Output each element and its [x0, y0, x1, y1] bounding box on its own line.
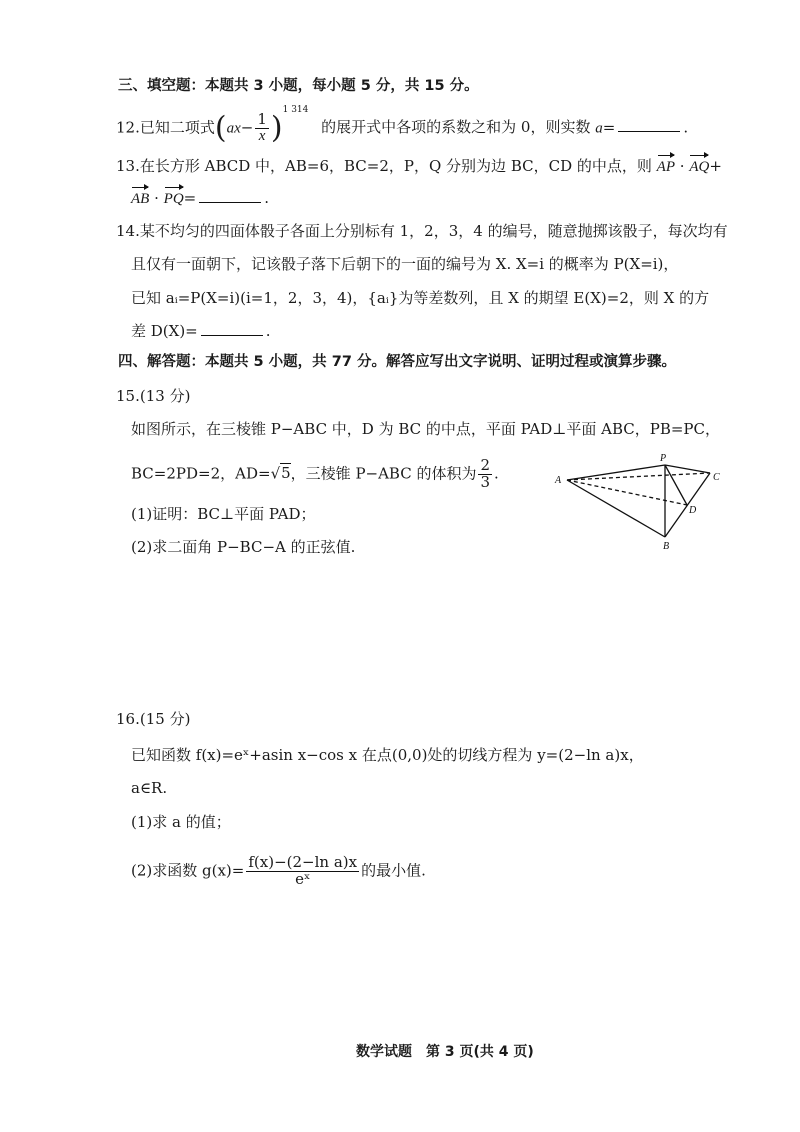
question-16-part1: (1)求 a 的值；	[131, 812, 231, 832]
answer-blank[interactable]	[618, 117, 680, 132]
question-score: (15 分)	[140, 710, 191, 728]
equals: =	[184, 189, 197, 207]
question-14-line4: 差 D(X)=.	[131, 321, 271, 341]
variable: a	[595, 120, 603, 136]
question-16-header: 16.(15 分)	[116, 709, 190, 729]
vector-ab: AB	[131, 189, 149, 209]
fraction: 1x	[255, 112, 269, 145]
question-16-part2: (2)求函数 g(x)=f(x)−(2−ln a)xeˣ的最小值.	[131, 855, 426, 888]
denominator: x	[257, 129, 268, 145]
sqrt-value: 5	[280, 463, 291, 482]
dot-operator: ·	[680, 157, 685, 175]
label-d: D	[688, 505, 697, 516]
page-footer: 数学试题 第 3 页(共 4 页)	[356, 1042, 534, 1062]
question-text: 已知二项式	[140, 118, 215, 136]
label-p: P	[659, 453, 666, 464]
question-text: (2)求函数 g(x)=	[131, 861, 244, 879]
section-3-heading: 三、填空题：本题共 3 小题，每小题 5 分，共 15 分。	[118, 76, 479, 96]
expr-term: ax	[227, 120, 241, 136]
question-number: 12.	[116, 118, 140, 136]
vector-aq: AQ	[689, 157, 709, 177]
pyramid-figure: P A C D B	[550, 450, 730, 555]
question-text: 某不均匀的四面体骰子各面上分别标有 1，2，3，4 的编号，随意抛掷该骰子，每次…	[140, 222, 728, 240]
vector-pq: PQ	[164, 189, 184, 209]
question-15-part2: (2)求二面角 P−BC−A 的正弦值.	[131, 537, 355, 557]
denominator: 3	[478, 475, 492, 491]
vector-ap: AP	[657, 157, 675, 177]
question-15-header: 15.(13 分)	[116, 386, 190, 406]
question-12: 12.已知二项式(ax−1x)1 314 的展开式中各项的系数之和为 0，则实数…	[116, 112, 688, 145]
question-15-part1: (1)证明：BC⊥平面 PAD；	[131, 504, 315, 524]
question-14-line2: 且仅有一面朝下，记该骰子落下后朝下的一面的编号为 X. X=i 的概率为 P(X…	[131, 254, 678, 274]
period: .	[266, 322, 271, 340]
question-text: 的最小值.	[361, 861, 426, 879]
g-fraction: f(x)−(2−ln a)xeˣ	[246, 855, 359, 888]
answer-blank[interactable]	[201, 321, 263, 336]
question-text: ，三棱锥 P−ABC 的体积为	[291, 464, 477, 482]
label-c: C	[713, 472, 720, 483]
question-number: 16.	[116, 710, 140, 728]
volume-fraction: 23	[478, 458, 492, 491]
equals: =	[603, 118, 616, 136]
question-text: 在长方形 ABCD 中，AB=6，BC=2，P，Q 分别为边 BC，CD 的中点…	[140, 157, 652, 175]
question-15-line1: 如图所示，在三棱锥 P−ABC 中，D 为 BC 的中点，平面 PAD⊥平面 A…	[131, 419, 720, 439]
question-number: 13.	[116, 157, 140, 175]
denominator: eˣ	[293, 872, 312, 888]
section-4-heading: 四、解答题：本题共 5 小题，共 77 分。解答应写出文字说明、证明过程或演算步…	[118, 352, 676, 372]
period: .	[264, 189, 269, 207]
label-b: B	[663, 541, 669, 552]
minus-sign: −	[241, 118, 254, 136]
question-score: (13 分)	[140, 387, 191, 405]
question-15-line2: BC=2PD=2，AD=√5，三棱锥 P−ABC 的体积为23.	[131, 458, 499, 491]
question-text: 差 D(X)=	[131, 322, 198, 340]
question-13-line1: 13.在长方形 ABCD 中，AB=6，BC=2，P，Q 分别为边 BC，CD …	[116, 156, 722, 177]
period: .	[683, 118, 688, 136]
dot-operator: ·	[154, 189, 159, 207]
question-13-line2: AB · PQ=.	[131, 188, 269, 209]
label-a: A	[554, 475, 562, 486]
question-number: 15.	[116, 387, 140, 405]
question-14-line1: 14.某不均匀的四面体骰子各面上分别标有 1，2，3，4 的编号，随意抛掷该骰子…	[116, 221, 728, 241]
numerator: 1	[255, 112, 269, 129]
plus-sign: +	[709, 157, 722, 175]
question-16-line1: 已知函数 f(x)=eˣ+asin x−cos x 在点(0,0)处的切线方程为…	[131, 745, 644, 765]
question-16-line2: a∈R.	[131, 778, 167, 798]
question-text: BC=2PD=2，AD=	[131, 464, 271, 482]
question-14-line3: 已知 aᵢ=P(X=i)(i=1，2，3，4)，{aᵢ}为等差数列，且 X 的期…	[131, 288, 709, 308]
period: .	[494, 464, 499, 482]
answer-blank[interactable]	[199, 188, 261, 203]
question-text: 的展开式中各项的系数之和为 0，则实数	[321, 118, 590, 136]
question-number: 14.	[116, 222, 140, 240]
exponent: 1 314	[283, 105, 309, 115]
